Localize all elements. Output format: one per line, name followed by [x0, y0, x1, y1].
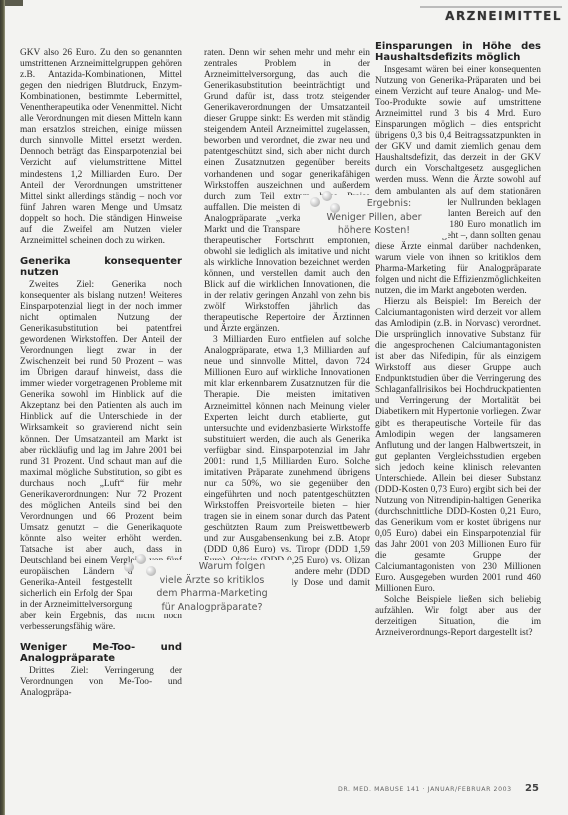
subheading-einsparungen: Einsparungen in Höhe des Haushaltsdefizi…: [375, 41, 541, 63]
paragraph: Hierzu als Beispiel: Im Bereich der Calc…: [375, 297, 541, 595]
callout-line: dem Pharma-Marketing: [132, 587, 292, 601]
callout-line: für Analogpräparate?: [132, 601, 292, 615]
paragraph: Solche Beispiele ließen sich beliebig au…: [375, 595, 541, 639]
article-column-3: Einsparungen in Höhe des Haushaltsdefizi…: [375, 48, 541, 639]
paragraph: GKV also 26 Euro. Zu den so genannten um…: [20, 48, 182, 247]
page-number: 25: [525, 783, 539, 794]
pills-icon: [124, 554, 158, 580]
paragraph: Insgesamt wären bei einer konsequenten N…: [375, 65, 541, 297]
paragraph: Drittes Ziel: Verringerung der Verordnun…: [20, 666, 182, 699]
pull-quote-result: Ergebnis: Weniger Pillen, aber höhere Ko…: [300, 195, 448, 238]
subheading-generika: Generika konsequenter nutzen: [20, 256, 182, 278]
subheading-me-too: Weniger Me-Too- und Analogpräparate: [20, 642, 182, 664]
pills-icon: [310, 191, 344, 217]
section-kicker-rule: [420, 6, 562, 8]
page-footer-journal: DR. MED. MABUSE 141 · JANUAR/FEBRUAR 200…: [338, 786, 512, 793]
article-column-2: raten. Denn wir sehen mehr und mehr ein …: [204, 48, 370, 600]
callout-line: höhere Kosten!: [300, 224, 448, 238]
section-kicker: ARZNEIMITTEL: [445, 9, 562, 23]
book-binding-edge: [0, 0, 5, 815]
paragraph: raten. Denn wir sehen mehr und mehr ein …: [204, 48, 370, 335]
pull-quote-question: Warum folgen viele Ärzte so kritiklos de…: [132, 560, 292, 614]
binding-corner: [5, 0, 23, 6]
